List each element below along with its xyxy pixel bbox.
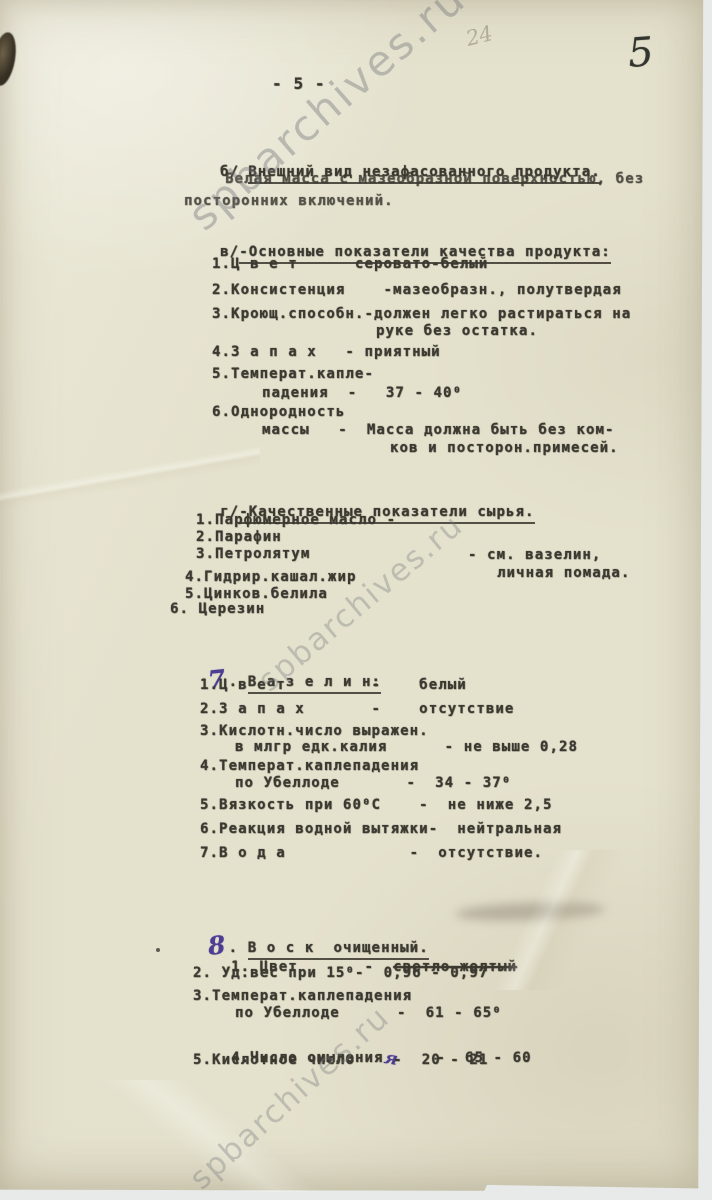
wax-drop-temp-value: по Убеллоде - 61 - 65⁰ <box>235 1005 502 1023</box>
v-item-homogeneity: 6.Однородность <box>212 404 345 422</box>
section-b-body-line1: Белая масса с мазеобразной поверхностью,… <box>225 171 644 189</box>
vaseline-viscosity: 5.Вязкость при 60⁰С - не ниже 2,5 <box>200 797 553 815</box>
vaseline-acid-number: 3.Кислотн.число выражен. <box>200 723 429 741</box>
v-item-color: 1.Ц в е т серовато-белый <box>212 256 488 274</box>
v-item-homogeneity-cont: ков и посторон.примесей. <box>390 440 619 458</box>
v-item-drop-temp: 5.Температ.капле- <box>212 366 374 384</box>
g-item-petrolatum: 3.Петролятум <box>196 546 310 564</box>
g-item-ceresin: 6. Церезин <box>170 601 265 619</box>
section-b-body-line2: посторонних включений. <box>184 193 394 211</box>
v-item-homogeneity-value: массы - Масса должна быть без ком- <box>262 422 615 440</box>
v-item-odor: 4.З а п а х - приятный <box>212 344 441 362</box>
vaseline-acid-number-value: в млгр едк.калия - не выше 0,28 <box>235 739 578 757</box>
vaseline-drop-temp-value: по Убеллоде - 34 - 37⁰ <box>235 775 511 793</box>
vaseline-aqueous-extract: 6.Реакция водной вытяжки- нейтральная <box>200 821 562 839</box>
wax-acid-number: 5.Кислотное число - 20 - 21 <box>193 1052 488 1070</box>
scanned-document-page: - 5 - 5 24 б/Внешний вид незафасованного… <box>0 0 712 1200</box>
v-item-covering-ability-cont: руке без остатка. <box>376 323 538 341</box>
vaseline-color: 1.Ц в е т - белый <box>200 677 467 695</box>
vaseline-odor: 2.З а п а х - отсутствие <box>200 701 514 719</box>
g-item-perfume-oil: 1.Парфюмерное масло - <box>196 512 396 530</box>
v-item-covering-ability: 3.Кроющ.способн.-должен легко растиратьс… <box>212 306 631 324</box>
vaseline-water: 7.В о д а - отсутствие. <box>200 845 543 863</box>
stray-dot <box>156 948 160 952</box>
g-item-paraffin: 2.Парафин <box>196 529 282 547</box>
v-item-consistency: 2.Консистенция -мазеобразн., полутвердая <box>212 282 622 300</box>
g-item-hydrogenated-fat: 4.Гидрир.кашал.жир <box>185 569 357 587</box>
v-item-drop-temp-value: падения - 37 - 40⁰ <box>262 385 462 403</box>
wax-specific-weight: 2. Уд.вес при 15⁰- 0,96 - 0,97 <box>193 965 488 983</box>
handwritten-page-number: 5 <box>626 29 655 77</box>
wax-drop-temp: 3.Температ.каплепадения <box>193 988 412 1006</box>
g-note-see-vaseline: - см. вазелин, <box>468 547 601 565</box>
typed-page-number: - 5 - <box>272 74 326 94</box>
vaseline-drop-temp: 4.Температ.каплепадения <box>200 758 419 776</box>
g-note-lip-pomade: личная помада. <box>497 565 630 583</box>
